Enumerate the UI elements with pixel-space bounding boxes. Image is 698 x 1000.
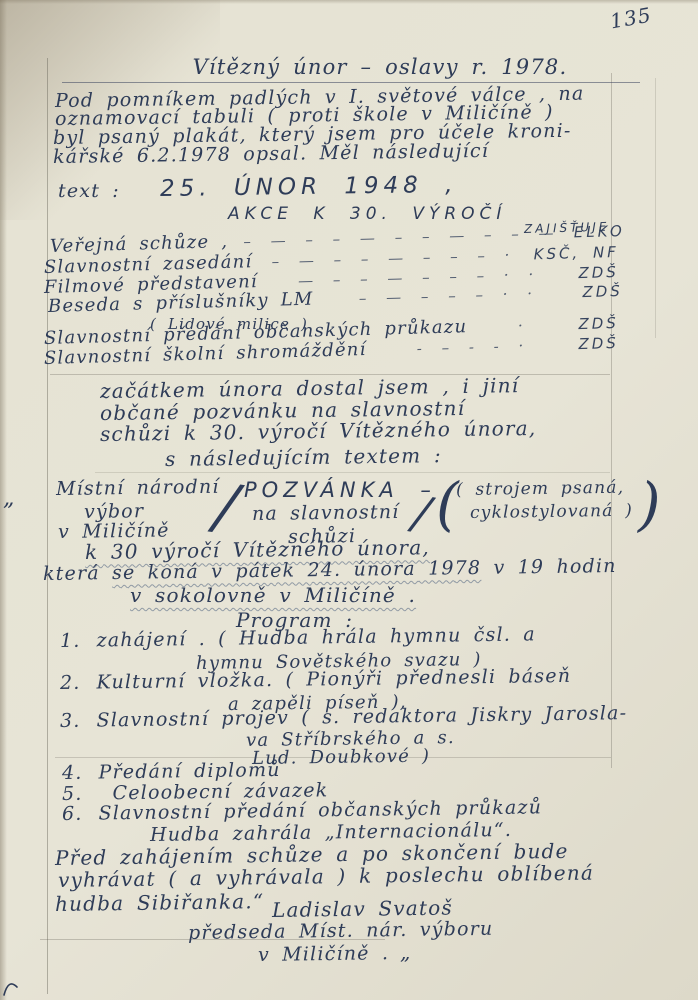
chronicle-page: 135 Vítězný únor – oslavy r. 1978. Pod p… [0,0,698,1000]
item-number: 4. [62,762,83,784]
intro-text-label: text : [58,180,120,202]
row-leader: - – - - · [376,335,568,358]
signature-place: v Miličíně . [258,942,389,966]
row-leader: – — – – – · · [323,283,572,308]
page-number: 135 [608,3,653,34]
poster-date: 25. ÚNOR 1948 , [160,172,458,202]
open-quote: „ [3,486,16,511]
detail-segment: v 19 hodin [481,555,617,579]
item-number: 1. [60,630,81,652]
item-number: 2. [60,672,81,694]
invitation-subtitle-line: na slavnostní [252,501,400,525]
item-text: Kulturní vložka. ( Pionýři přednesli bás… [96,665,571,694]
poster-heading: AKCE K 30. VÝROČÍ [228,204,506,224]
program-item: 2. Kulturní vložka. ( Pionýři přednesli … [60,665,571,694]
margin-line-right [611,73,612,768]
rule-line [95,472,610,473]
row-org: ZDŠ [582,282,623,301]
paragraph-line: schůzi k 30. výročí Vítězného února, [100,416,537,446]
item-number: 3. [60,710,81,732]
bracket-close-icon: ) [638,470,661,538]
detail-line: v sokolovně v Miličíně . [130,583,416,607]
row-org: ZDŠ [578,334,619,353]
margin-line-outer-right [655,78,656,338]
row-org: KSČ, NF [533,243,619,263]
invitation-sender-line: Místní národní [56,476,220,500]
row-org: ELKO [573,222,625,241]
program-item: 3. Slavnostní projev ( s. redaktora Jisk… [60,702,628,732]
detail-segment: která [43,562,112,585]
paragraph-line: s následujícím textem : [165,443,442,471]
document-title: Vítězný únor – oslavy r. 1978. [150,55,610,79]
item-number: 6. [62,803,83,825]
item-number: 5. [62,783,83,805]
row-org: ZDŠ [578,263,619,282]
invitation-note-line: cyklostylovaná ) [470,501,633,523]
intro-line: kářské 6.2.1978 opsal. Měl následující [53,140,489,168]
invitation-title: POZVÁNKA – [244,478,436,502]
invitation-note-line: ( strojem psaná, [456,478,625,500]
signature-role: předseda Míst. nár. výboru [188,918,494,944]
end-quote: „ [400,940,412,964]
closing-line: hudba Sibiřanka.“ [55,889,265,916]
item-text: Slavnostní projev ( s. redaktora Jiskry … [96,702,627,731]
item-text: zahájení . ( Hudba hrála hymnu čsl. a [96,623,536,651]
detail-segment-underlined: se koná v pátek 24. února 1978 [112,557,482,584]
program-item: 1. zahájení . ( Hudba hrála hymnu čsl. a [60,623,536,652]
margin-line-left [47,58,48,994]
row-org: ZDŠ [578,314,619,333]
ink-mark [2,978,22,1000]
